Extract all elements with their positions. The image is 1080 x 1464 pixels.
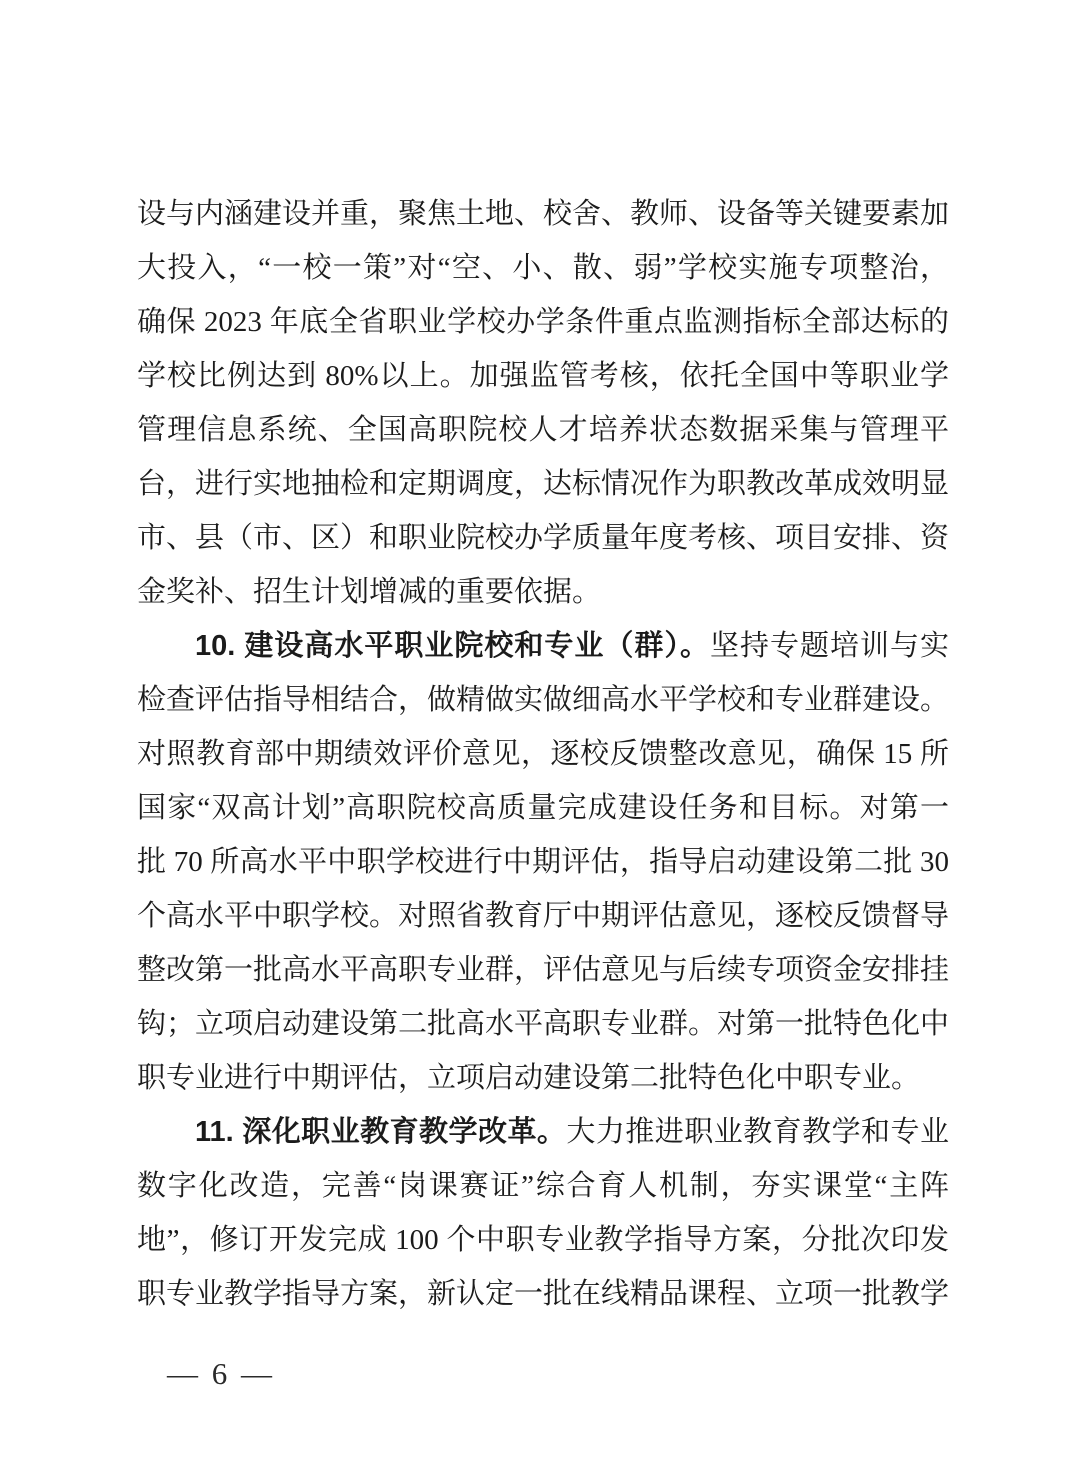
text-line: 地”，修订开发完成 100 个中职专业教学指导方案，分批次印发高 [137, 1213, 949, 1267]
text-line: 检查评估指导相结合，做精做实做细高水平学校和专业群建设。 [137, 673, 949, 727]
body-segment: 学校比例达到 80%以上。加强监管考核，依托全国中等职业学校 [137, 360, 949, 403]
text-line: 整改第一批高水平高职专业群，评估意见与后续专项资金安排挂 [137, 943, 949, 997]
text-line: 个高水平中职学校。对照省教育厅中期评估意见，逐校反馈督导 [137, 889, 949, 943]
text-line: 对照教育部中期绩效评价意见，逐校反馈整改意见，确保 15 所 [137, 727, 949, 781]
text-line: 国家“双高计划”高职院校高质量完成建设任务和目标。对第一 [137, 781, 949, 835]
body-segment: 检查评估指导相结合，做精做实做细高水平学校和专业群建设。 [137, 684, 949, 716]
text-line: 钩；立项启动建设第二批高水平高职专业群。对第一批特色化中 [137, 997, 949, 1051]
body-segment: 地”，修订开发完成 100 个中职专业教学指导方案，分批次印发高 [137, 1224, 949, 1267]
text-line: 管理信息系统、全国高职院校人才培养状态数据采集与管理平 [137, 403, 949, 457]
body-segment: 职专业进行中期评估，立项启动建设第二批特色化中职专业。 [137, 1062, 920, 1094]
text-line: 批 70 所高水平中职学校进行中期评估，指导启动建设第二批 30 [137, 835, 949, 889]
text-line: 设与内涵建设并重，聚焦土地、校舍、教师、设备等关键要素加 [137, 187, 949, 241]
text-block: 设与内涵建设并重，聚焦土地、校舍、教师、设备等关键要素加大投入，“一校一策”对“… [137, 187, 949, 1321]
text-line: 市、县（市、区）和职业院校办学质量年度考核、项目安排、资 [137, 511, 949, 565]
text-line: 职专业教学指导方案，新认定一批在线精品课程、立项一批教学 [137, 1267, 949, 1321]
body-segment: 钩；立项启动建设第二批高水平高职专业群。对第一批特色化中 [137, 1008, 949, 1040]
body-segment: 大投入，“一校一策”对“空、小、散、弱”学校实施专项整治， [137, 252, 949, 284]
text-line: 10. 建设高水平职业院校和专业（群）。坚持专题培训与实地 [137, 619, 949, 673]
heading-segment: 10. 建设高水平职业院校和专业（群）。 [195, 630, 710, 662]
text-line: 11. 深化职业教育教学改革。大力推进职业教育教学和专业 [137, 1105, 949, 1159]
text-line: 学校比例达到 80%以上。加强监管考核，依托全国中等职业学校 [137, 349, 949, 403]
text-line: 金奖补、招生计划增减的重要依据。 [137, 565, 949, 619]
body-segment: 台，进行实地抽检和定期调度，达标情况作为职教改革成效明显 [137, 468, 949, 500]
body-segment: 大力推进职业教育教学和专业 [566, 1116, 949, 1148]
text-line: 数字化改造，完善“岗课赛证”综合育人机制，夯实课堂“主阵 [137, 1159, 949, 1213]
body-segment: 金奖补、招生计划增减的重要依据。 [137, 576, 601, 608]
body-segment: 设与内涵建设并重，聚焦土地、校舍、教师、设备等关键要素加 [137, 198, 949, 230]
text-line: 大投入，“一校一策”对“空、小、散、弱”学校实施专项整治， [137, 241, 949, 295]
document-page: 设与内涵建设并重，聚焦土地、校舍、教师、设备等关键要素加大投入，“一校一策”对“… [0, 0, 1080, 1464]
body-segment: 对照教育部中期绩效评价意见，逐校反馈整改意见，确保 15 所 [137, 738, 949, 770]
page-number: — 6 — [167, 1356, 275, 1392]
body-segment: 国家“双高计划”高职院校高质量完成建设任务和目标。对第一 [137, 792, 949, 824]
body-segment: 数字化改造，完善“岗课赛证”综合育人机制，夯实课堂“主阵 [137, 1170, 949, 1202]
heading-segment: 11. 深化职业教育教学改革。 [195, 1116, 566, 1148]
body-segment: 个高水平中职学校。对照省教育厅中期评估意见，逐校反馈督导 [137, 900, 949, 932]
body-segment: 确保 2023 年底全省职业学校办学条件重点监测指标全部达标的 [137, 306, 949, 338]
body-segment: 市、县（市、区）和职业院校办学质量年度考核、项目安排、资 [137, 522, 949, 554]
body-segment: 批 70 所高水平中职学校进行中期评估，指导启动建设第二批 30 [137, 846, 949, 878]
body-segment: 职专业教学指导方案，新认定一批在线精品课程、立项一批教学 [137, 1278, 949, 1310]
text-line: 台，进行实地抽检和定期调度，达标情况作为职教改革成效明显 [137, 457, 949, 511]
body-segment: 整改第一批高水平高职专业群，评估意见与后续专项资金安排挂 [137, 954, 949, 986]
text-line: 职专业进行中期评估，立项启动建设第二批特色化中职专业。 [137, 1051, 949, 1105]
body-segment: 管理信息系统、全国高职院校人才培养状态数据采集与管理平 [137, 414, 949, 446]
text-line: 确保 2023 年底全省职业学校办学条件重点监测指标全部达标的 [137, 295, 949, 349]
